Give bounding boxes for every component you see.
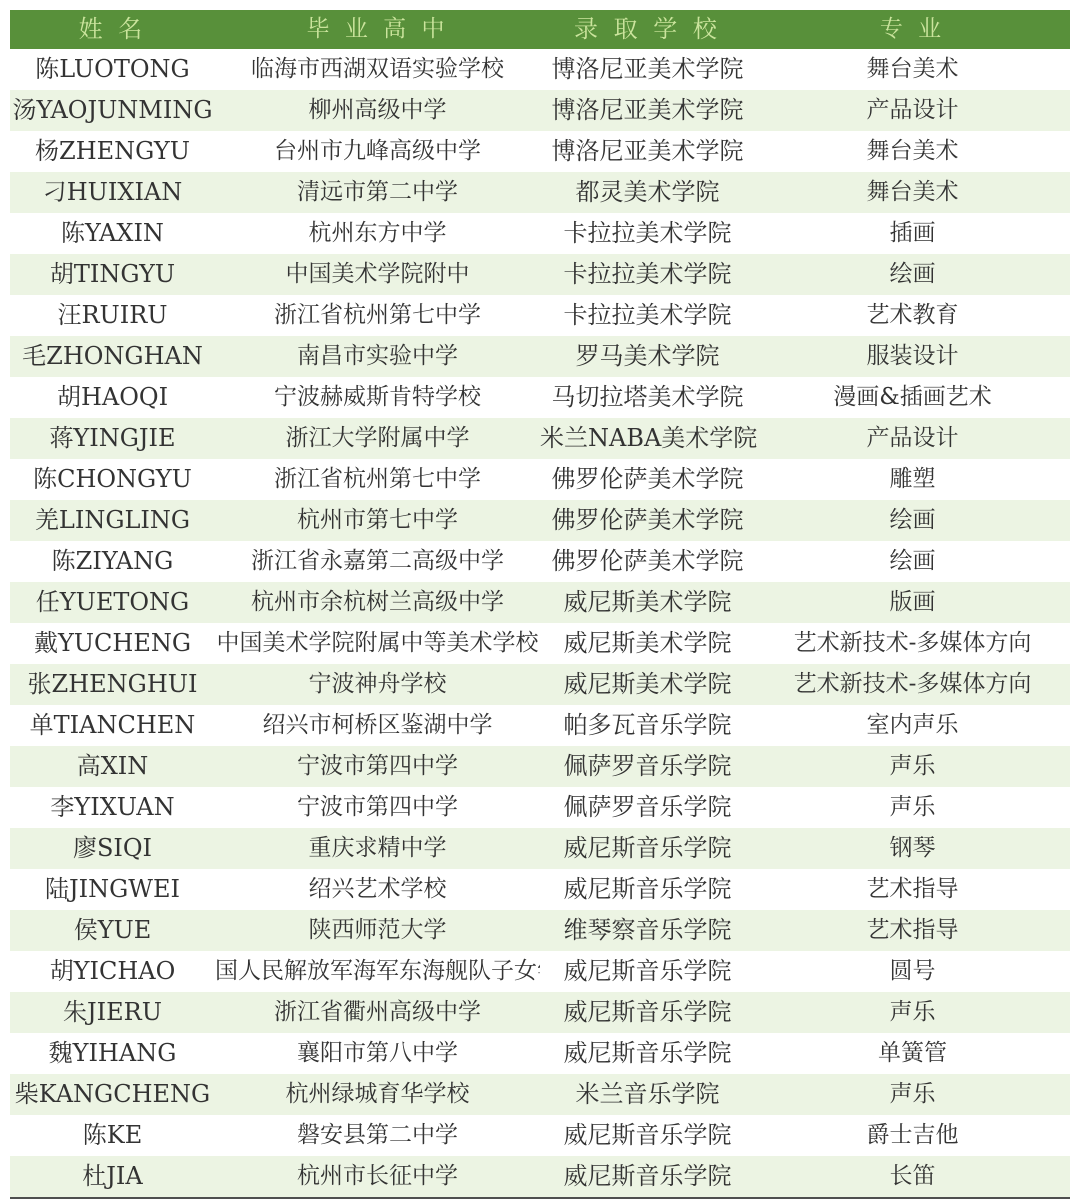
table-row: 柴KANGCHENG杭州绿城育华学校米兰音乐学院声乐	[10, 1074, 1070, 1115]
high-school-cell: 宁波神舟学校	[215, 664, 540, 705]
high-school-cell: 陕西师范大学	[215, 910, 540, 951]
table-row: 陆JINGWEI绍兴艺术学校威尼斯音乐学院艺术指导	[10, 869, 1070, 910]
table-row: 陈ZIYANG浙江省永嘉第二高级中学佛罗伦萨美术学院绘画	[10, 541, 1070, 582]
major-cell: 爵士吉他	[755, 1115, 1070, 1156]
admitted-school-cell: 威尼斯音乐学院	[540, 869, 755, 910]
major-cell: 舞台美术	[755, 131, 1070, 172]
high-school-cell: 临海市西湖双语实验学校	[215, 49, 540, 90]
high-school-cell: 宁波市第四中学	[215, 746, 540, 787]
name-cell: 羌LINGLING	[10, 500, 215, 541]
high-school-cell: 台州市九峰高级中学	[215, 131, 540, 172]
admitted-school-cell: 维琴察音乐学院	[540, 910, 755, 951]
high-school-cell: 浙江省衢州高级中学	[215, 992, 540, 1033]
major-cell: 圆号	[755, 951, 1070, 992]
column-header-major: 专 业	[755, 9, 1070, 50]
major-cell: 版画	[755, 582, 1070, 623]
name-cell: 陈CHONGYU	[10, 459, 215, 500]
table-row: 陈KE磐安县第二中学威尼斯音乐学院爵士吉他	[10, 1115, 1070, 1156]
admitted-school-cell: 威尼斯美术学院	[540, 664, 755, 705]
high-school-cell: 宁波赫威斯肯特学校	[215, 377, 540, 418]
name-cell: 陆JINGWEI	[10, 869, 215, 910]
name-cell: 侯YUE	[10, 910, 215, 951]
column-header-name: 姓 名	[10, 9, 215, 50]
admitted-school-cell: 威尼斯美术学院	[540, 623, 755, 664]
major-cell: 钢琴	[755, 828, 1070, 869]
high-school-cell: 国人民解放军海军东海舰队子女学	[215, 951, 540, 992]
admitted-school-cell: 佩萨罗音乐学院	[540, 746, 755, 787]
high-school-cell: 杭州市余杭树兰高级中学	[215, 582, 540, 623]
high-school-cell: 浙江大学附属中学	[215, 418, 540, 459]
admitted-school-cell: 佛罗伦萨美术学院	[540, 541, 755, 582]
admitted-school-cell: 佛罗伦萨美术学院	[540, 459, 755, 500]
name-cell: 任YUETONG	[10, 582, 215, 623]
high-school-cell: 浙江省杭州第七中学	[215, 459, 540, 500]
major-cell: 舞台美术	[755, 49, 1070, 90]
table-row: 毛ZHONGHAN南昌市实验中学罗马美术学院服装设计	[10, 336, 1070, 377]
major-cell: 绘画	[755, 254, 1070, 295]
table-row: 陈LUOTONG临海市西湖双语实验学校博洛尼亚美术学院舞台美术	[10, 49, 1070, 90]
high-school-cell: 宁波市第四中学	[215, 787, 540, 828]
table-row: 羌LINGLING杭州市第七中学佛罗伦萨美术学院绘画	[10, 500, 1070, 541]
table-body: 陈LUOTONG临海市西湖双语实验学校博洛尼亚美术学院舞台美术汤YAOJUNMI…	[10, 49, 1070, 1199]
table-row: 戴YUCHENG中国美术学院附属中等美术学校威尼斯美术学院艺术新技术-多媒体方向	[10, 623, 1070, 664]
name-cell: 汤YAOJUNMING	[10, 90, 215, 131]
admitted-school-cell: 佛罗伦萨美术学院	[540, 500, 755, 541]
admitted-school-cell: 威尼斯音乐学院	[540, 992, 755, 1033]
admitted-school-cell: 博洛尼亚美术学院	[540, 49, 755, 90]
table-row: 汪RUIRU浙江省杭州第七中学卡拉拉美术学院艺术教育	[10, 295, 1070, 336]
admitted-school-cell: 博洛尼亚美术学院	[540, 90, 755, 131]
major-cell: 舞台美术	[755, 172, 1070, 213]
admitted-school-cell: 米兰NABA美术学院	[540, 418, 755, 459]
name-cell: 陈KE	[10, 1115, 215, 1156]
table-row: 杜JIA杭州市长征中学威尼斯音乐学院长笛	[10, 1156, 1070, 1197]
major-cell: 声乐	[755, 746, 1070, 787]
major-cell: 漫画&插画艺术	[755, 377, 1070, 418]
name-cell: 蒋YINGJIE	[10, 418, 215, 459]
table-header-row: 姓 名 毕 业 高 中 录 取 学 校 专 业	[10, 10, 1070, 49]
table-row: 张ZHENGHUI宁波神舟学校威尼斯美术学院艺术新技术-多媒体方向	[10, 664, 1070, 705]
high-school-cell: 杭州市第七中学	[215, 500, 540, 541]
admitted-school-cell: 威尼斯音乐学院	[540, 1033, 755, 1074]
high-school-cell: 杭州绿城育华学校	[215, 1074, 540, 1115]
table-row: 陈CHONGYU浙江省杭州第七中学佛罗伦萨美术学院雕塑	[10, 459, 1070, 500]
column-header-admitted-school: 录 取 学 校	[540, 9, 755, 50]
major-cell: 雕塑	[755, 459, 1070, 500]
table-row: 刁HUIXIAN清远市第二中学都灵美术学院舞台美术	[10, 172, 1070, 213]
major-cell: 声乐	[755, 1074, 1070, 1115]
table-row: 胡HAOQI宁波赫威斯肯特学校马切拉塔美术学院漫画&插画艺术	[10, 377, 1070, 418]
high-school-cell: 杭州东方中学	[215, 213, 540, 254]
high-school-cell: 浙江省永嘉第二高级中学	[215, 541, 540, 582]
high-school-cell: 磐安县第二中学	[215, 1115, 540, 1156]
high-school-cell: 中国美术学院附属中等美术学校	[215, 623, 540, 664]
major-cell: 艺术教育	[755, 295, 1070, 336]
table-row: 朱JIERU浙江省衢州高级中学威尼斯音乐学院声乐	[10, 992, 1070, 1033]
major-cell: 声乐	[755, 992, 1070, 1033]
admitted-school-cell: 帕多瓦音乐学院	[540, 705, 755, 746]
table-row: 蒋YINGJIE浙江大学附属中学米兰NABA美术学院产品设计	[10, 418, 1070, 459]
name-cell: 陈YAXIN	[10, 213, 215, 254]
high-school-cell: 柳州高级中学	[215, 90, 540, 131]
name-cell: 汪RUIRU	[10, 295, 215, 336]
name-cell: 张ZHENGHUI	[10, 664, 215, 705]
name-cell: 陈ZIYANG	[10, 541, 215, 582]
major-cell: 声乐	[755, 787, 1070, 828]
admitted-school-cell: 卡拉拉美术学院	[540, 295, 755, 336]
table-row: 胡YICHAO国人民解放军海军东海舰队子女学威尼斯音乐学院圆号	[10, 951, 1070, 992]
high-school-cell: 杭州市长征中学	[215, 1156, 540, 1197]
table-row: 汤YAOJUNMING柳州高级中学博洛尼亚美术学院产品设计	[10, 90, 1070, 131]
high-school-cell: 南昌市实验中学	[215, 336, 540, 377]
name-cell: 胡YICHAO	[10, 951, 215, 992]
admitted-school-cell: 罗马美术学院	[540, 336, 755, 377]
name-cell: 李YIXUAN	[10, 787, 215, 828]
name-cell: 朱JIERU	[10, 992, 215, 1033]
name-cell: 陈LUOTONG	[10, 49, 215, 90]
admitted-school-cell: 卡拉拉美术学院	[540, 213, 755, 254]
admissions-table: 姓 名 毕 业 高 中 录 取 学 校 专 业 陈LUOTONG临海市西湖双语实…	[0, 0, 1080, 1203]
table-row: 魏YIHANG襄阳市第八中学威尼斯音乐学院单簧管	[10, 1033, 1070, 1074]
table-row: 任YUETONG杭州市余杭树兰高级中学威尼斯美术学院版画	[10, 582, 1070, 623]
table-row: 胡TINGYU中国美术学院附中卡拉拉美术学院绘画	[10, 254, 1070, 295]
admitted-school-cell: 威尼斯音乐学院	[540, 951, 755, 992]
table-row: 杨ZHENGYU台州市九峰高级中学博洛尼亚美术学院舞台美术	[10, 131, 1070, 172]
major-cell: 服装设计	[755, 336, 1070, 377]
admitted-school-cell: 马切拉塔美术学院	[540, 377, 755, 418]
admitted-school-cell: 威尼斯音乐学院	[540, 828, 755, 869]
major-cell: 插画	[755, 213, 1070, 254]
name-cell: 魏YIHANG	[10, 1033, 215, 1074]
admitted-school-cell: 威尼斯美术学院	[540, 582, 755, 623]
high-school-cell: 襄阳市第八中学	[215, 1033, 540, 1074]
name-cell: 廖SIQI	[10, 828, 215, 869]
major-cell: 艺术新技术-多媒体方向	[755, 623, 1070, 664]
admitted-school-cell: 威尼斯音乐学院	[540, 1156, 755, 1197]
table-row: 单TIANCHEN绍兴市柯桥区鉴湖中学帕多瓦音乐学院室内声乐	[10, 705, 1070, 746]
major-cell: 产品设计	[755, 90, 1070, 131]
admitted-school-cell: 都灵美术学院	[540, 172, 755, 213]
major-cell: 室内声乐	[755, 705, 1070, 746]
name-cell: 胡HAOQI	[10, 377, 215, 418]
major-cell: 绘画	[755, 541, 1070, 582]
name-cell: 高XIN	[10, 746, 215, 787]
name-cell: 刁HUIXIAN	[10, 172, 215, 213]
admitted-school-cell: 威尼斯音乐学院	[540, 1115, 755, 1156]
high-school-cell: 绍兴艺术学校	[215, 869, 540, 910]
name-cell: 戴YUCHENG	[10, 623, 215, 664]
major-cell: 长笛	[755, 1156, 1070, 1197]
major-cell: 艺术新技术-多媒体方向	[755, 664, 1070, 705]
high-school-cell: 绍兴市柯桥区鉴湖中学	[215, 705, 540, 746]
name-cell: 单TIANCHEN	[10, 705, 215, 746]
table-row: 李YIXUAN宁波市第四中学佩萨罗音乐学院声乐	[10, 787, 1070, 828]
major-cell: 艺术指导	[755, 910, 1070, 951]
table-row: 侯YUE陕西师范大学维琴察音乐学院艺术指导	[10, 910, 1070, 951]
major-cell: 单簧管	[755, 1033, 1070, 1074]
high-school-cell: 清远市第二中学	[215, 172, 540, 213]
table-row: 陈YAXIN杭州东方中学卡拉拉美术学院插画	[10, 213, 1070, 254]
table-row: 廖SIQI重庆求精中学威尼斯音乐学院钢琴	[10, 828, 1070, 869]
high-school-cell: 浙江省杭州第七中学	[215, 295, 540, 336]
column-header-high-school: 毕 业 高 中	[215, 9, 540, 50]
name-cell: 毛ZHONGHAN	[10, 336, 215, 377]
major-cell: 绘画	[755, 500, 1070, 541]
high-school-cell: 中国美术学院附中	[215, 254, 540, 295]
high-school-cell: 重庆求精中学	[215, 828, 540, 869]
major-cell: 产品设计	[755, 418, 1070, 459]
admitted-school-cell: 博洛尼亚美术学院	[540, 131, 755, 172]
table-row: 高XIN宁波市第四中学佩萨罗音乐学院声乐	[10, 746, 1070, 787]
admitted-school-cell: 米兰音乐学院	[540, 1074, 755, 1115]
name-cell: 胡TINGYU	[10, 254, 215, 295]
name-cell: 杨ZHENGYU	[10, 131, 215, 172]
name-cell: 柴KANGCHENG	[10, 1074, 215, 1115]
admitted-school-cell: 佩萨罗音乐学院	[540, 787, 755, 828]
name-cell: 杜JIA	[10, 1156, 215, 1197]
major-cell: 艺术指导	[755, 869, 1070, 910]
admitted-school-cell: 卡拉拉美术学院	[540, 254, 755, 295]
